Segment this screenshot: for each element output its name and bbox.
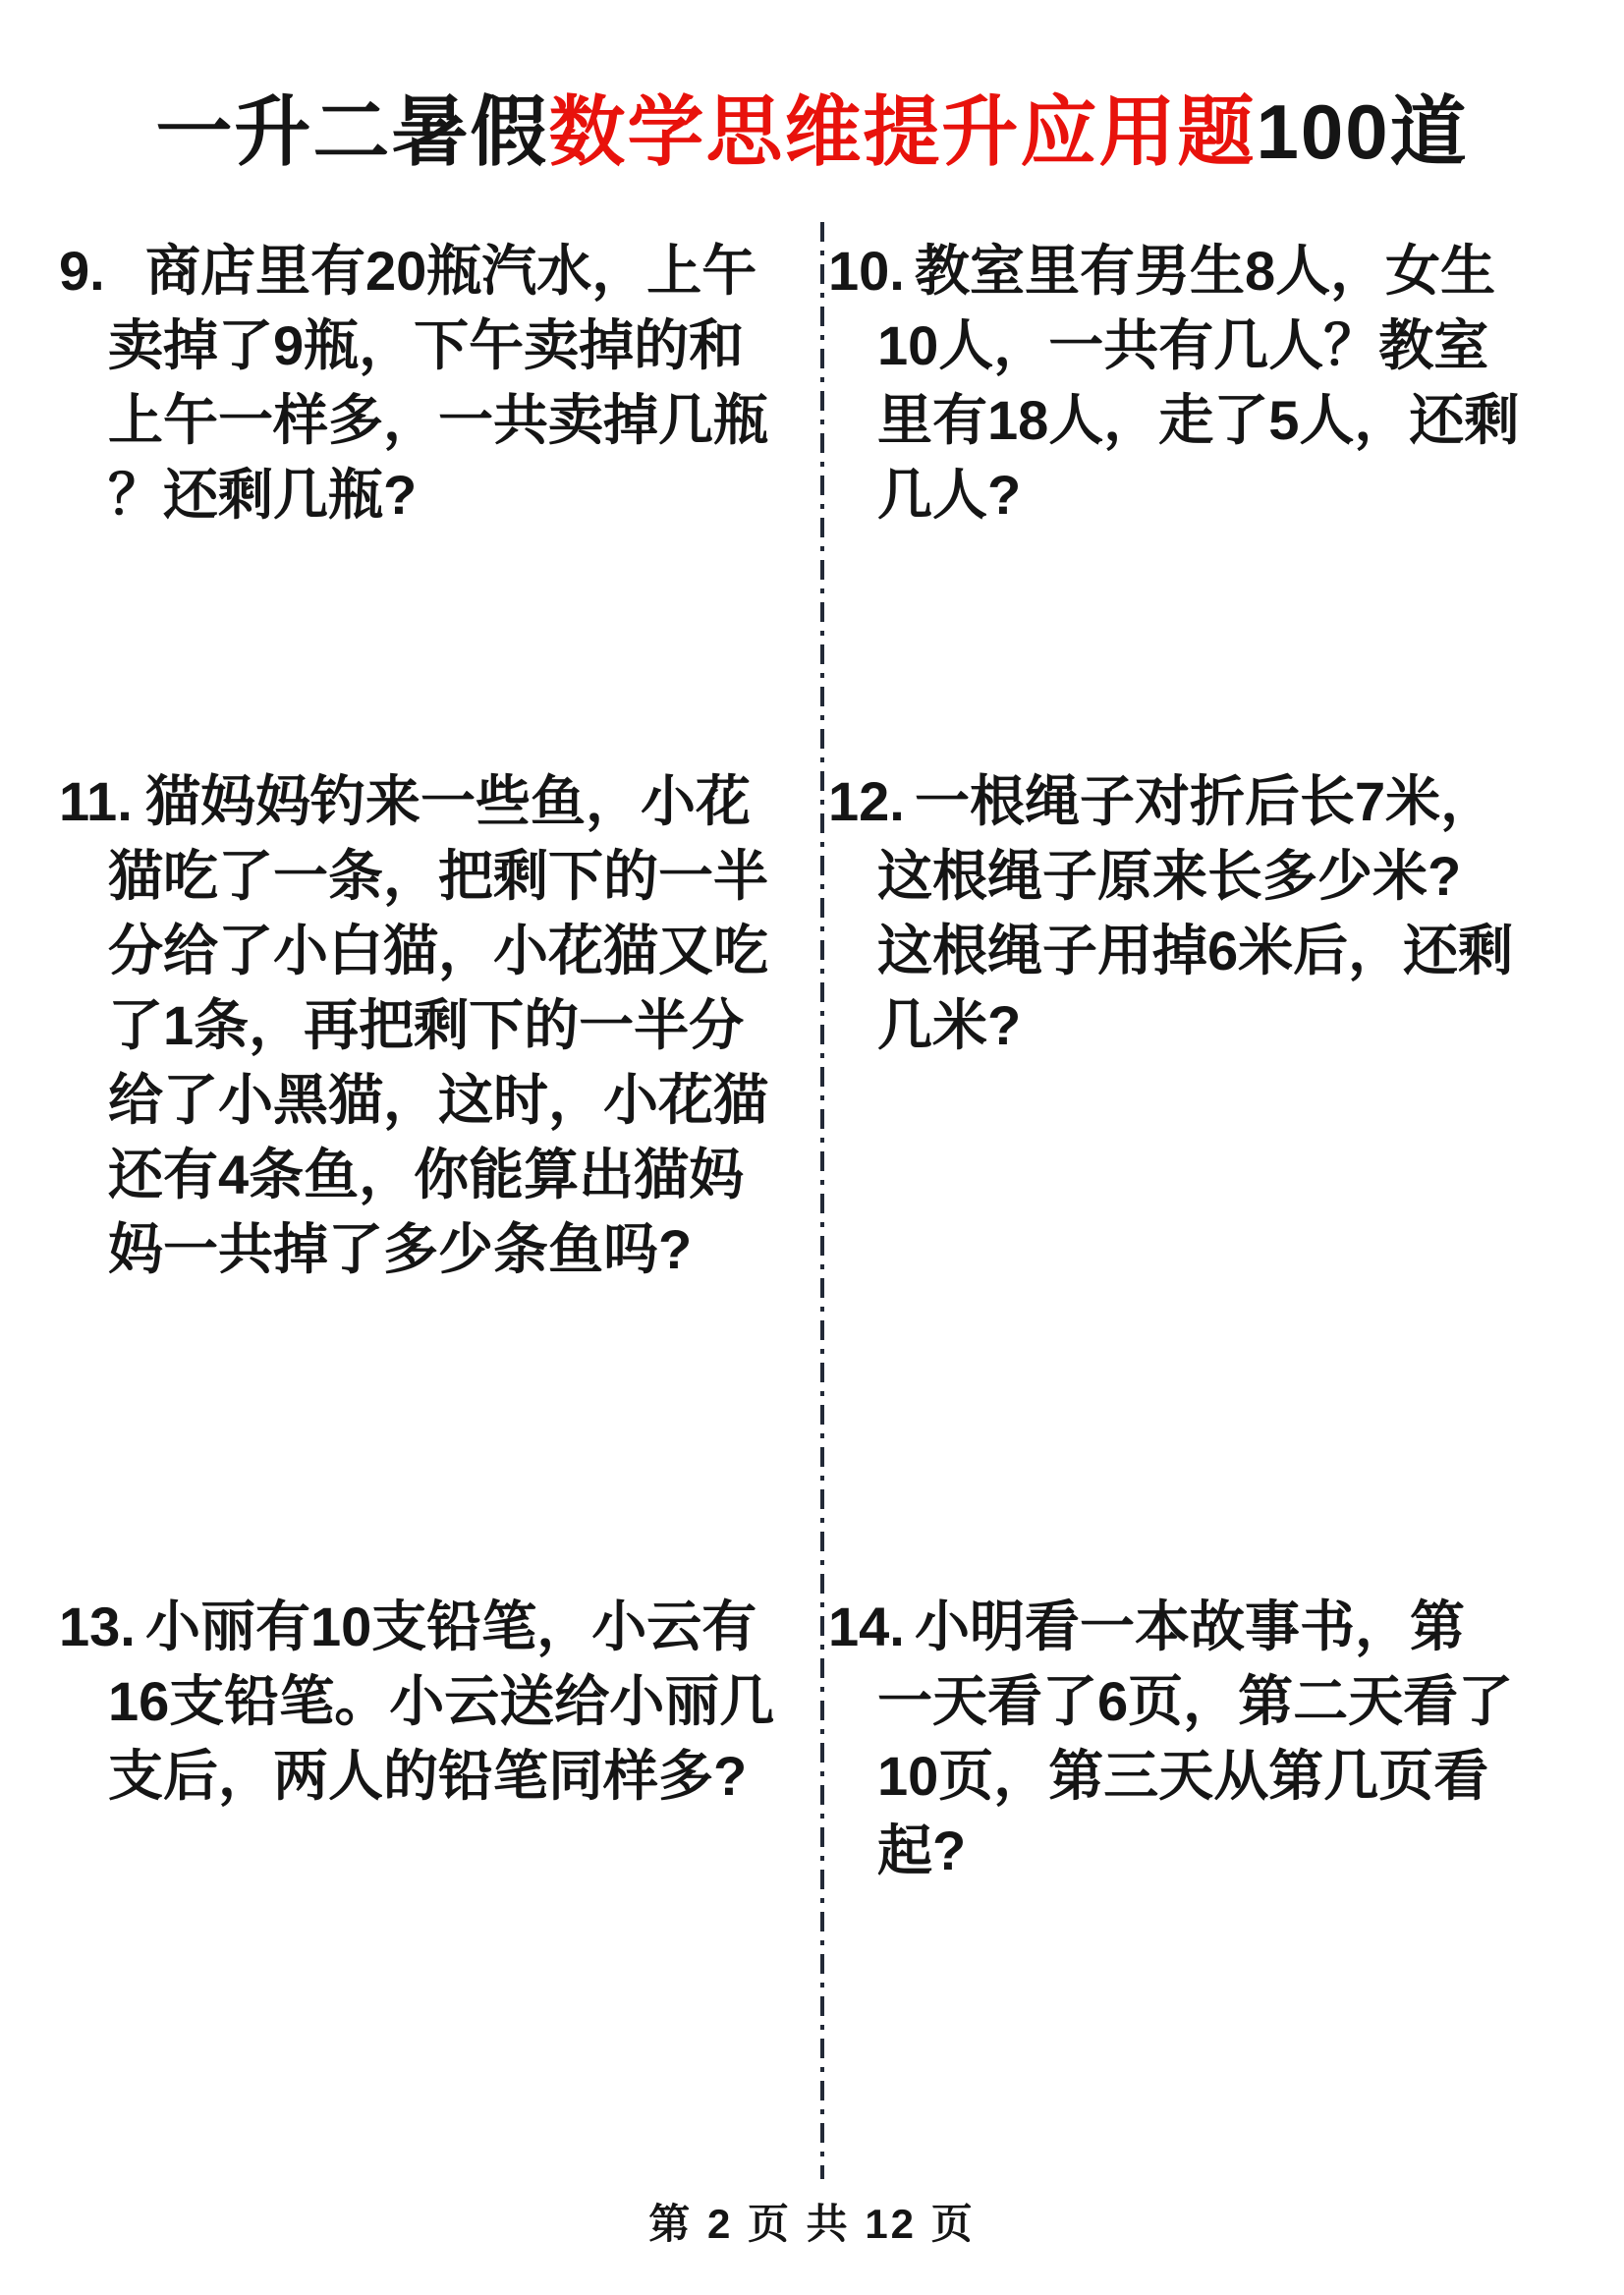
problem-text-line: 支后，两人的铅笔同样多? [59,1739,814,1814]
problem-9: 9.商店里有20瓶汽水，上午 卖掉了9瓶，下午卖掉的和 上午一样多，一共卖掉几瓶… [59,234,814,764]
column-divider-line [820,222,824,2179]
page-title: 一升二暑假数学思维提升应用题100道 [0,92,1624,171]
problem-text-line: 10人，一共有几人？教室 [828,308,1570,383]
problem-text-line: 教室里有男生8人，女生 [915,240,1495,302]
problem-text-line: 商店里有20瓶汽水，上午 [145,240,756,302]
problem-10: 10.教室里有男生8人，女生 10人，一共有几人？教室 里有18人，走了5人，还… [814,234,1570,764]
problem-text-line: 这根绳子用掉6米后，还剩 [828,914,1570,988]
problem-text-line: 起? [828,1814,1570,1888]
problem-11: 11.猫妈妈钓来一些鱼，小花 猫吃了一条，把剩下的一半 分给了小白猫，小花猫又吃… [59,764,814,1590]
problem-text-line: 16支铅笔。小云送给小丽几 [59,1664,814,1739]
problem-13: 13.小丽有10支铅笔，小云有 16支铅笔。小云送给小丽几 支后，两人的铅笔同样… [59,1590,814,2201]
problem-text-line: 小丽有10支铅笔，小云有 [145,1595,756,1657]
problem-text-line: 一根绳子对折后长7米， [915,770,1495,832]
problem-text-line: 妈一共掉了多少条鱼吗? [59,1212,814,1287]
problem-number: 11. [59,764,145,839]
problem-number: 14. [828,1590,915,1664]
problem-text-line: 里有18人，走了5人，还剩 [828,383,1570,458]
problem-text-line: 几人? [828,458,1570,532]
problem-text-line: 一天看了6页，第二天看了 [828,1664,1570,1739]
problem-14: 14.小明看一本故事书，第 一天看了6页，第二天看了 10页，第三天从第几页看 … [814,1590,1570,2201]
problem-text-line: 几米? [828,988,1570,1063]
problem-text-line: 还有4条鱼，你能算出猫妈 [59,1138,814,1212]
problems-grid: 9.商店里有20瓶汽水，上午 卖掉了9瓶，下午卖掉的和 上午一样多，一共卖掉几瓶… [59,234,1570,2201]
problem-text-line: 这根绳子原来长多少米? [828,839,1570,914]
title-highlight: 数学思维提升应用题 [548,88,1256,175]
page-number-footer: 第 2 页 共 12 页 [0,2201,1624,2248]
problem-12: 12.一根绳子对折后长7米， 这根绳子原来长多少米? 这根绳子用掉6米后，还剩 … [814,764,1570,1590]
problem-text-line: 卖掉了9瓶，下午卖掉的和 [59,308,814,383]
problems-area: 9.商店里有20瓶汽水，上午 卖掉了9瓶，下午卖掉的和 上午一样多，一共卖掉几瓶… [0,234,1624,2201]
problem-number: 12. [828,764,915,839]
problem-number: 9. [59,234,145,308]
title-prefix: 一升二暑假 [155,88,548,175]
problem-text-line: 猫吃了一条，把剩下的一半 [59,839,814,914]
problem-text-line: 给了小黑猫，这时，小花猫 [59,1063,814,1138]
problem-text-line: 分给了小白猫，小花猫又吃 [59,914,814,988]
problem-text-line: 10页，第三天从第几页看 [828,1739,1570,1814]
problem-text-line: 小明看一本故事书，第 [915,1595,1465,1657]
worksheet-page: 一升二暑假数学思维提升应用题100道 9.商店里有20瓶汽水，上午 卖掉了9瓶，… [0,0,1624,2295]
problem-text-line: 猫妈妈钓来一些鱼，小花 [145,770,751,832]
problem-number: 10. [828,234,915,308]
problem-text-line: 上午一样多，一共卖掉几瓶 [59,383,814,458]
problem-text-line: 了1条，再把剩下的一半分 [59,988,814,1063]
problem-number: 13. [59,1590,145,1664]
problem-text-line: ？还剩几瓶? [59,458,814,532]
title-suffix: 100道 [1256,88,1468,175]
